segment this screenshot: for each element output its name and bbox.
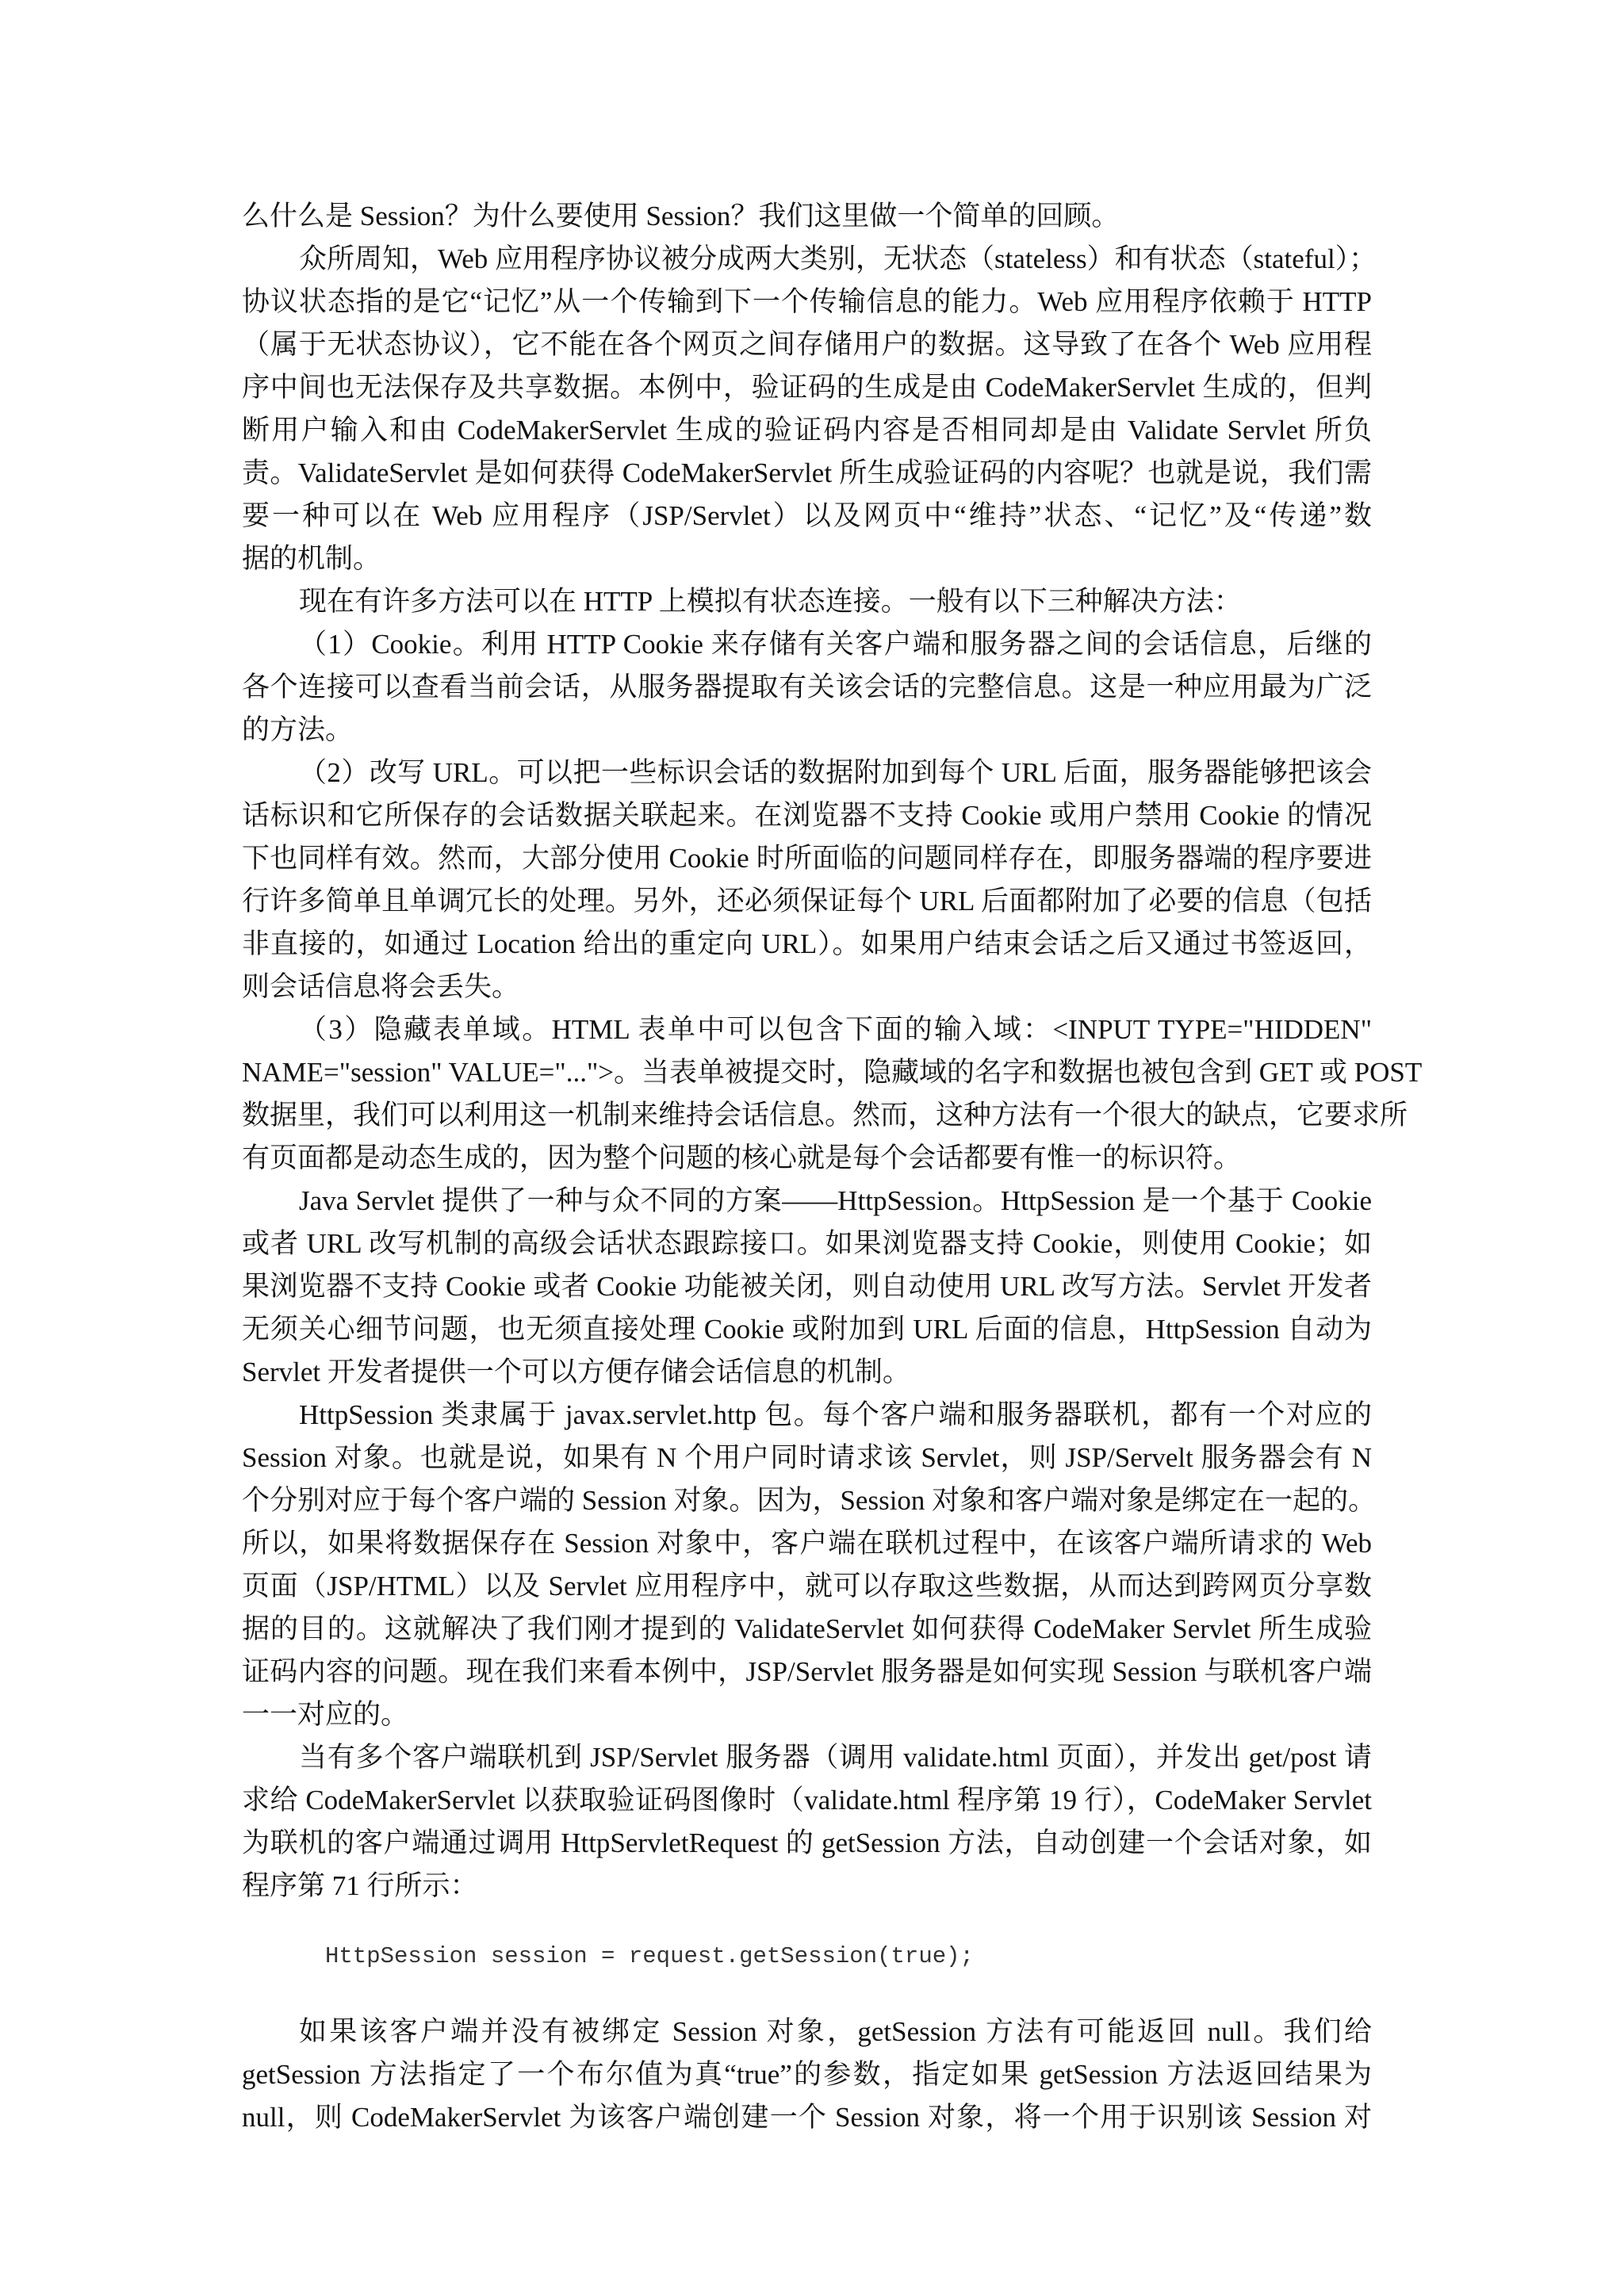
text-line: 证码内容的问题。现在我们来看本例中，JSP/Servlet 服务器是如何实现 S… <box>242 1651 1372 1693</box>
document-page: 么什么是 Session？为什么要使用 Session？我们这里做一个简单的回顾… <box>242 195 1372 2139</box>
text-line: 据的机制。 <box>242 538 1372 580</box>
text-line: 一一对应的。 <box>242 1693 1372 1736</box>
text-line: （2）改写 URL。可以把一些标识会话的数据附加到每个 URL 后面，服务器能够… <box>242 752 1372 794</box>
text-line: 协议状态指的是它“记忆”从一个传输到下一个传输信息的能力。Web 应用程序依赖于… <box>242 281 1372 323</box>
text-line: 果浏览器不支持 Cookie 或者 Cookie 功能被关闭，则自动使用 URL… <box>242 1265 1372 1308</box>
text-line: 个分别对应于每个客户端的 Session 对象。因为，Session 对象和客户… <box>242 1479 1372 1522</box>
paragraph: HttpSession 类隶属于 javax.servlet.http 包。每个… <box>242 1394 1372 1736</box>
text-line: 则会话信息将会丢失。 <box>242 966 1372 1008</box>
text-line: 的方法。 <box>242 709 1372 752</box>
text-line: （属于无状态协议），它不能在各个网页之间存储用户的数据。这导致了在各个 Web … <box>242 323 1372 366</box>
text-line: 行许多简单且单调冗长的处理。另外，还必须保证每个 URL 后面都附加了必要的信息… <box>242 880 1372 923</box>
text-line: Session 对象。也就是说，如果有 N 个用户同时请求该 Servlet，则… <box>242 1437 1372 1479</box>
paragraph: 如果该客户端并没有被绑定 Session 对象，getSession 方法有可能… <box>242 2011 1372 2139</box>
text-line: 断用户输入和由 CodeMakerServlet 生成的验证码内容是否相同却是由… <box>242 409 1372 452</box>
code-block: HttpSession session = request.getSession… <box>242 1908 1372 2011</box>
text-line: 页面（JSP/HTML）以及 Servlet 应用程序中，就可以存取这些数据，从… <box>242 1565 1372 1608</box>
text-line: 程序第 71 行所示： <box>242 1865 1372 1908</box>
paragraph: 众所周知，Web 应用程序协议被分成两大类别，无状态（stateless）和有状… <box>242 238 1372 580</box>
text-line: 话标识和它所保存的会话数据关联起来。在浏览器不支持 Cookie 或用户禁用 C… <box>242 794 1372 837</box>
paragraph: 当有多个客户端联机到 JSP/Servlet 服务器（调用 validate.h… <box>242 1736 1372 1908</box>
paragraph: Java Servlet 提供了一种与众不同的方案——HttpSession。H… <box>242 1180 1372 1394</box>
text-line: （3）隐藏表单域。HTML 表单中可以包含下面的输入域：<INPUT TYPE=… <box>242 1008 1372 1051</box>
text-line: 求给 CodeMakerServlet 以获取验证码图像时（validate.h… <box>242 1779 1372 1822</box>
text-line: （1）Cookie。利用 HTTP Cookie 来存储有关客户端和服务器之间的… <box>242 623 1372 666</box>
paragraph: （1）Cookie。利用 HTTP Cookie 来存储有关客户端和服务器之间的… <box>242 623 1372 752</box>
text-line: 众所周知，Web 应用程序协议被分成两大类别，无状态（stateless）和有状… <box>242 238 1372 281</box>
text-line: 非直接的，如通过 Location 给出的重定向 URL）。如果用户结束会话之后… <box>242 923 1372 966</box>
text-line: 当有多个客户端联机到 JSP/Servlet 服务器（调用 validate.h… <box>242 1736 1372 1779</box>
text-line: 数据里，我们可以利用这一机制来维持会话信息。然而，这种方法有一个很大的缺点，它要… <box>242 1094 1372 1137</box>
text-line: 下也同样有效。然而，大部分使用 Cookie 时所面临的问题同样存在，即服务器端… <box>242 837 1372 880</box>
text-line: 序中间也无法保存及共享数据。本例中，验证码的生成是由 CodeMakerServ… <box>242 366 1372 409</box>
text-line: 现在有许多方法可以在 HTTP 上模拟有状态连接。一般有以下三种解决方法： <box>242 580 1372 623</box>
text-line: 或者 URL 改写机制的高级会话状态跟踪接口。如果浏览器支持 Cookie，则使… <box>242 1223 1372 1265</box>
text-line: 责。ValidateServlet 是如何获得 CodeMakerServlet… <box>242 452 1372 495</box>
text-line: Servlet 开发者提供一个可以方便存储会话信息的机制。 <box>242 1351 1372 1394</box>
paragraph: （3）隐藏表单域。HTML 表单中可以包含下面的输入域：<INPUT TYPE=… <box>242 1008 1372 1180</box>
body-text-continued: 如果该客户端并没有被绑定 Session 对象，getSession 方法有可能… <box>242 2011 1372 2139</box>
code-line: HttpSession session = request.getSession… <box>325 1941 974 1973</box>
text-line: 有页面都是动态生成的，因为整个问题的核心就是每个会话都要有惟一的标识符。 <box>242 1137 1372 1180</box>
text-line: HttpSession 类隶属于 javax.servlet.http 包。每个… <box>242 1394 1372 1437</box>
text-line: 所以，如果将数据保存在 Session 对象中，客户端在联机过程中，在该客户端所… <box>242 1522 1372 1565</box>
text-line: null，则 CodeMakerServlet 为该客户端创建一个 Sessio… <box>242 2096 1372 2139</box>
text-line: 为联机的客户端通过调用 HttpServletRequest 的 getSess… <box>242 1822 1372 1865</box>
text-line: NAME="session" VALUE="...">。当表单被提交时，隐藏域的… <box>242 1051 1372 1094</box>
paragraph: 现在有许多方法可以在 HTTP 上模拟有状态连接。一般有以下三种解决方法： <box>242 580 1372 623</box>
text-line: 无须关心细节问题，也无须直接处理 Cookie 或附加到 URL 后面的信息，H… <box>242 1308 1372 1351</box>
text-line: 各个连接可以查看当前会话，从服务器提取有关该会话的完整信息。这是一种应用最为广泛 <box>242 666 1372 709</box>
paragraph: 么什么是 Session？为什么要使用 Session？我们这里做一个简单的回顾… <box>242 195 1372 238</box>
text-line: getSession 方法指定了一个布尔值为真“true”的参数，指定如果 ge… <box>242 2053 1372 2096</box>
body-text: 么什么是 Session？为什么要使用 Session？我们这里做一个简单的回顾… <box>242 195 1372 1908</box>
paragraph: （2）改写 URL。可以把一些标识会话的数据附加到每个 URL 后面，服务器能够… <box>242 752 1372 1008</box>
text-line: 要一种可以在 Web 应用程序（JSP/Servlet）以及网页中“维持”状态、… <box>242 495 1372 538</box>
text-line: Java Servlet 提供了一种与众不同的方案——HttpSession。H… <box>242 1180 1372 1223</box>
text-line: 据的目的。这就解决了我们刚才提到的 ValidateServlet 如何获得 C… <box>242 1608 1372 1651</box>
text-line: 么什么是 Session？为什么要使用 Session？我们这里做一个简单的回顾… <box>242 195 1372 238</box>
text-line: 如果该客户端并没有被绑定 Session 对象，getSession 方法有可能… <box>242 2011 1372 2053</box>
